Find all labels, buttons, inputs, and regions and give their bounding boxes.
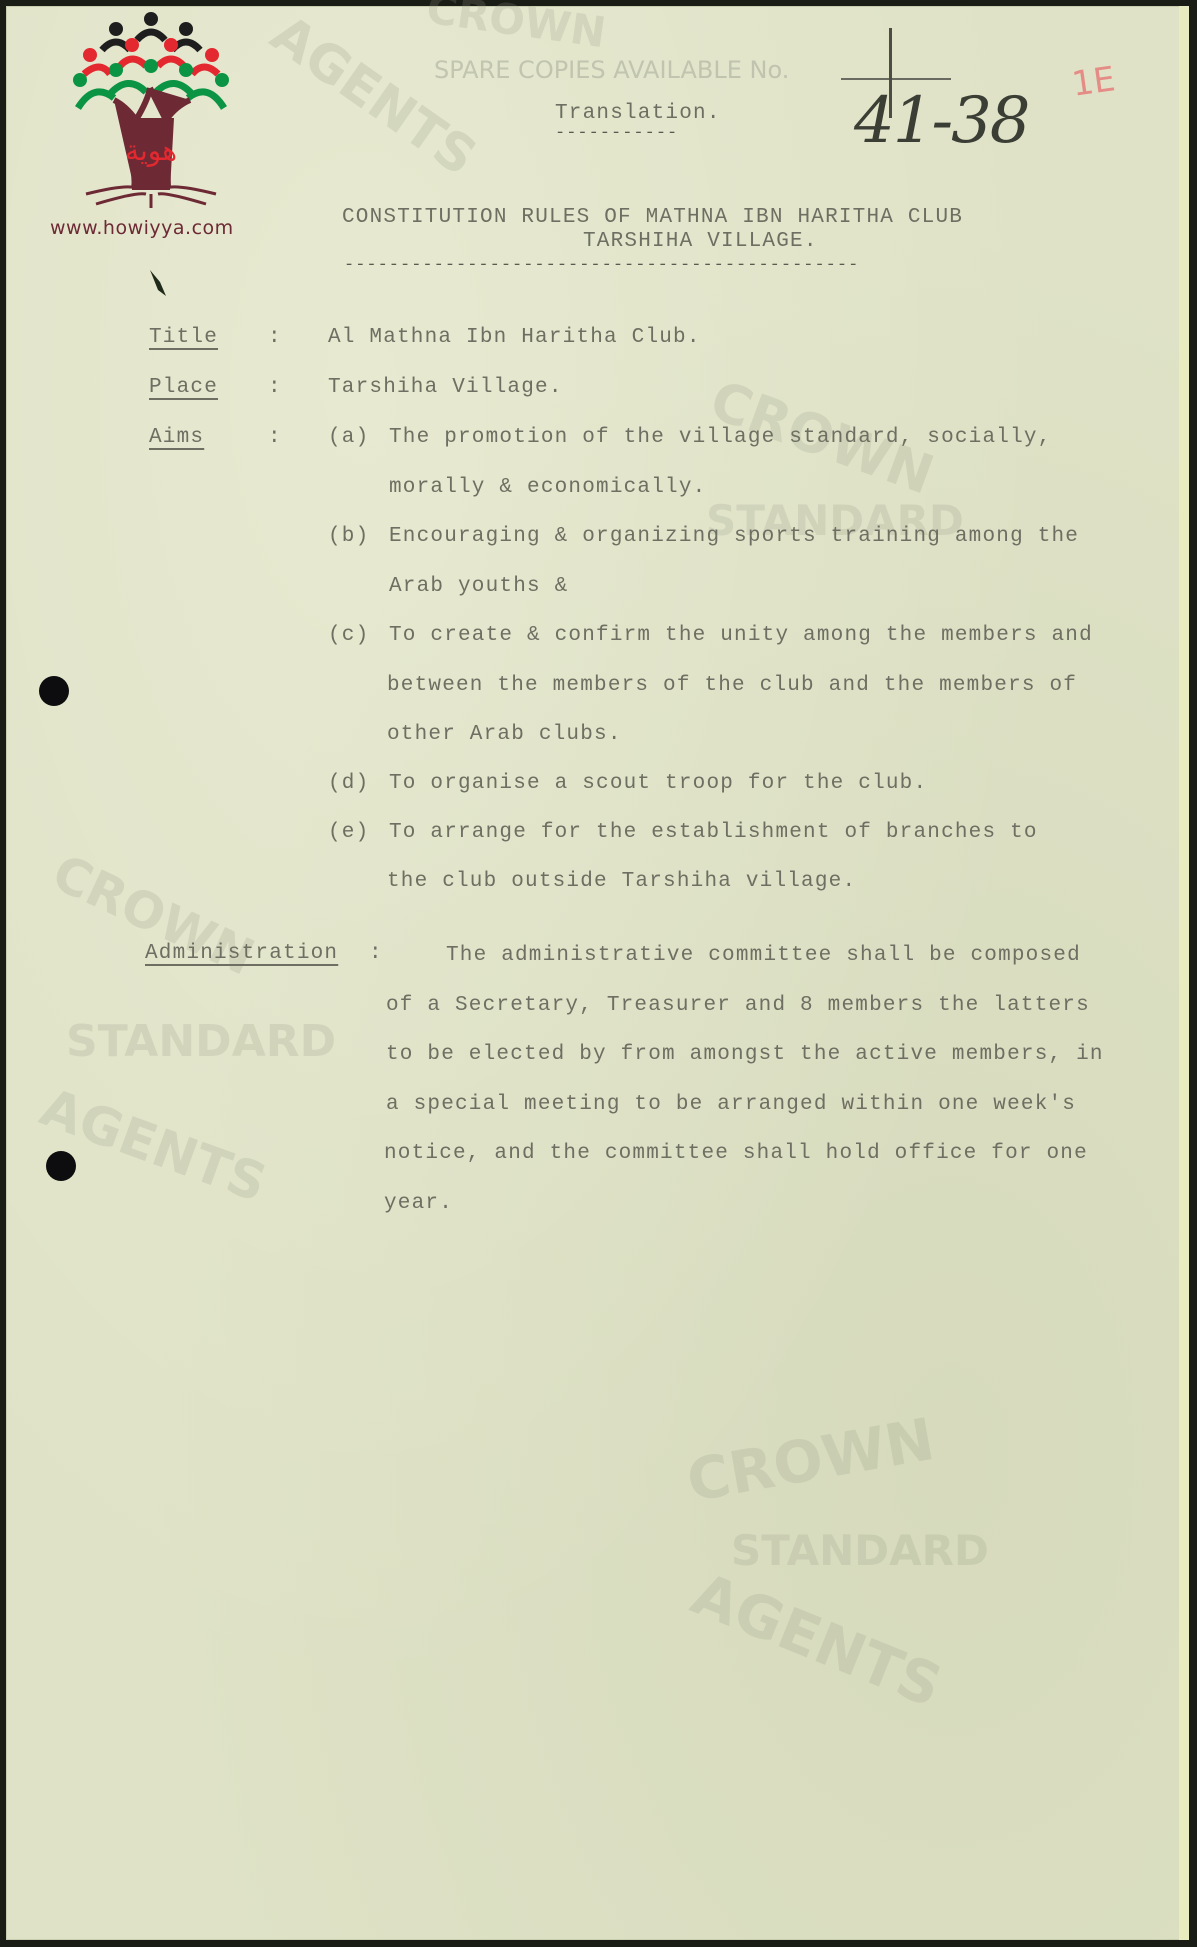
title-value: Al Mathna Ibn Haritha Club. xyxy=(328,326,701,349)
aim-line: Arab youths & xyxy=(389,575,568,598)
aim-line: between the members of the club and the … xyxy=(387,674,1077,697)
administration-line: to be elected by from amongst the active… xyxy=(386,1043,1104,1066)
watermark-crown-left: CROWN xyxy=(44,843,263,986)
watermark-standard-low: STANDARD xyxy=(731,1526,989,1575)
watermark-crown-top: CROWN xyxy=(423,0,608,57)
watermark-standard-left: STANDARD xyxy=(66,1016,336,1067)
place-label: Place xyxy=(149,376,218,399)
page-edge xyxy=(1179,6,1189,1940)
place-sep: : xyxy=(268,376,282,399)
aim-marker: (e) xyxy=(328,821,369,844)
aim-marker: (c) xyxy=(328,624,369,647)
howiyya-logo: هوية xyxy=(66,8,236,213)
administration-sep: : xyxy=(369,942,383,965)
aim-line: To organise a scout troop for the club. xyxy=(389,772,927,795)
punch-hole-lower xyxy=(46,1151,76,1181)
spare-copies-underline xyxy=(841,78,951,80)
svg-text:هوية: هوية xyxy=(125,134,177,167)
administration-line: a special meeting to be arranged within … xyxy=(386,1093,1076,1116)
title-rule: ----------------------------------------… xyxy=(344,256,1016,275)
document-page: CROWN AGENTS CROWN STANDARD CROWN STANDA… xyxy=(6,6,1189,1940)
watermark-agents-left: AGENTS xyxy=(33,1078,274,1215)
watermark-crown-low: CROWN xyxy=(682,1405,939,1515)
translation-heading: Translation. xyxy=(555,102,721,125)
aim-line: other Arab clubs. xyxy=(387,723,622,746)
aim-line: the club outside Tarshiha village. xyxy=(387,870,856,893)
aim-marker: (b) xyxy=(328,525,369,548)
watermark-agents-low: AGENTS xyxy=(683,1559,951,1720)
aim-line: The promotion of the village standard, s… xyxy=(389,426,1052,449)
administration-line: year. xyxy=(384,1192,453,1215)
aims-label: Aims xyxy=(149,426,204,449)
administration-label: Administration xyxy=(145,942,338,965)
logo-site-url: www.howiyya.com xyxy=(50,217,234,239)
aim-marker: (d) xyxy=(328,772,369,795)
spare-copies-stamp: SPARE COPIES AVAILABLE No. xyxy=(434,56,789,84)
place-value: Tarshiha Village. xyxy=(328,376,563,399)
heading-rule: ----------- xyxy=(555,124,678,143)
ink-mark-icon xyxy=(148,268,172,298)
administration-line: notice, and the committee shall hold off… xyxy=(384,1142,1088,1165)
document-title-line1: CONSTITUTION RULES OF MATHNA IBN HARITHA… xyxy=(342,206,963,229)
aim-line: morally & economically. xyxy=(389,476,706,499)
administration-line: of a Secretary, Treasurer and 8 members … xyxy=(386,994,1090,1017)
aims-sep: : xyxy=(268,426,282,449)
aim-line: To create & confirm the unity among the … xyxy=(389,624,1093,647)
tree-logo-icon: هوية xyxy=(66,8,236,213)
aim-line: To arrange for the establishment of bran… xyxy=(389,821,1038,844)
punch-hole-upper xyxy=(39,676,69,706)
document-title-line2: TARSHIHA VILLAGE. xyxy=(583,230,818,253)
handwritten-file-number: 41-38 xyxy=(854,84,1029,158)
aim-line: Encouraging & organizing sports training… xyxy=(389,525,1079,548)
title-sep: : xyxy=(268,326,282,349)
aim-marker: (a) xyxy=(328,426,369,449)
administration-line: The administrative committee shall be co… xyxy=(446,944,1081,967)
red-file-mark: 1E xyxy=(1069,59,1117,105)
title-label: Title xyxy=(149,326,218,349)
